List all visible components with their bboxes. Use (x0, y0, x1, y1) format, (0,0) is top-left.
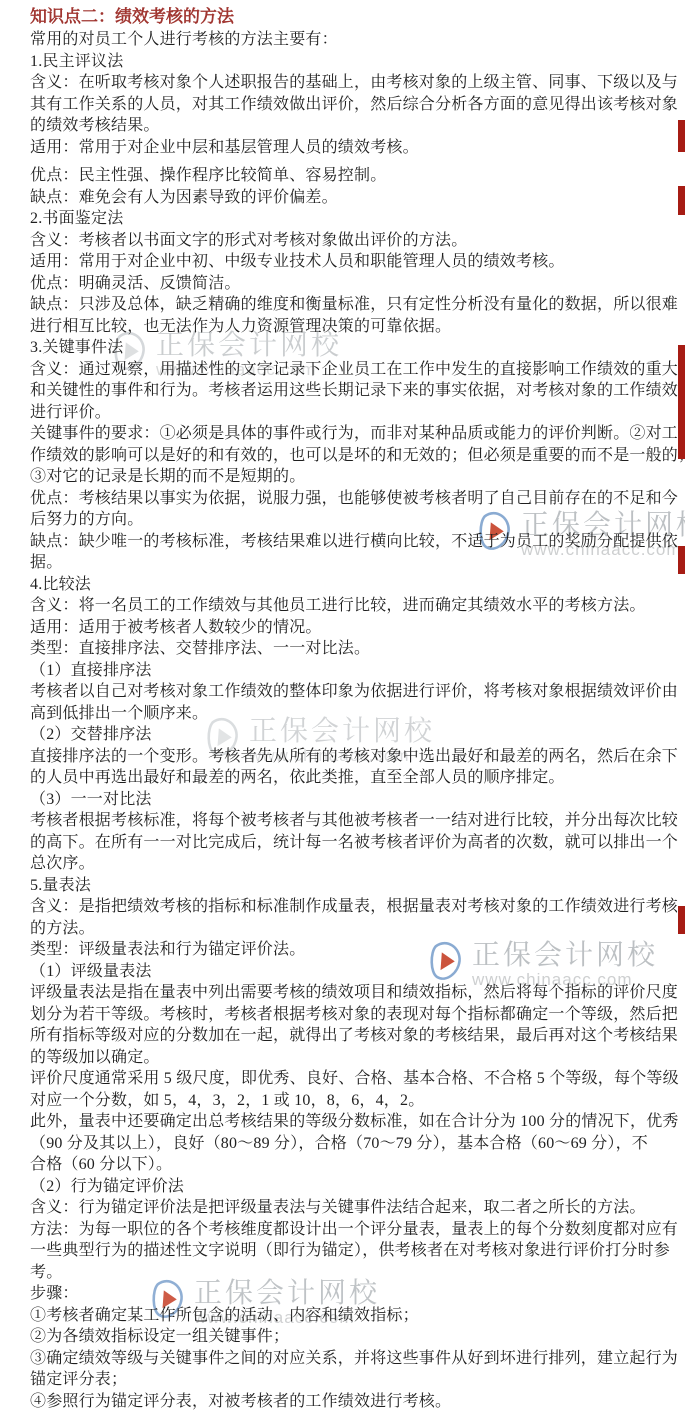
text-line: 缺点：只涉及总体，缺乏精确的维度和衡量标准，只有定性分析没有量化的数据，所以很难 (30, 294, 677, 316)
text-line: 步骤： (30, 1283, 677, 1305)
text-line: 含义：在听取考核对象个人述职报告的基础上，由考核对象的上级主管、同事、下级以及与 (30, 72, 677, 94)
text-line: 的方法。 (30, 918, 677, 940)
margin-highlight-bar (678, 546, 685, 574)
text-line: 关键事件的要求：①必须是具体的事件或行为，而非对某种品质或能力的评价判断。②对工 (30, 423, 677, 445)
text-line: 后努力的方向。 (30, 509, 677, 531)
text-line: （3）一一对比法 (30, 789, 677, 811)
text-line: 的等级加以确定。 (30, 1047, 677, 1069)
text-line: 4.比较法 (30, 574, 677, 596)
text-line: 优点：考核结果以事实为依据，说服力强，也能够使被考核者明了自己目前存在的不足和今 (30, 488, 677, 510)
text-line: 优点：明确灵活、反馈简洁。 (30, 273, 677, 295)
text-line: 2.书面鉴定法 (30, 208, 677, 230)
text-line: 此外，量表中还要确定出总考核结果的等级分数标准，如在合计分为 100 分的情况下… (30, 1111, 677, 1133)
text-line: 的高下。在所有一一对比完成后，统计每一名被考核者评价为高者的次数，就可以排出一个 (30, 832, 677, 854)
text-line: （1）评级量表法 (30, 961, 677, 983)
text-line: 作绩效的影响可以是好的和有效的，也可以是坏的和无效的；但必须是重要的而不是一般的… (30, 445, 677, 467)
text-line: （2）交替排序法 (30, 724, 677, 746)
text-line: 和关键性的事件和行为。考核者运用这些长期记录下来的事实依据，对考核对象的工作绩效 (30, 380, 677, 402)
text-line: 考。 (30, 1262, 677, 1284)
text-line: 适用：适用于被考核者人数较少的情况。 (30, 617, 677, 639)
margin-highlight-bar (678, 345, 685, 459)
text-line: 直接排序法的一个变形。考核者先从所有的考核对象中选出最好和最差的两名，然后在余下 (30, 746, 677, 768)
text-line: 类型：直接排序法、交替排序法、一一对比法。 (30, 638, 677, 660)
margin-highlight-bar (678, 906, 685, 934)
text-line: 常用的对员工个人进行考核的方法主要有： (30, 29, 677, 51)
page-title: 知识点二：绩效考核的方法 (30, 5, 677, 29)
text-line: 划分为若干等级。考核时，考核者根据考核对象的表现对每个指标都确定一个等级，然后把 (30, 1004, 677, 1026)
text-line: 评价尺度通常采用 5 级尺度，即优秀、良好、合格、基本合格、不合格 5 个等级，… (30, 1068, 677, 1090)
text-line: 其有工作关系的人员，对其工作绩效做出评价，然后综合分析各方面的意见得出该考核对象 (30, 94, 677, 116)
document-body: 知识点二：绩效考核的方法 常用的对员工个人进行考核的方法主要有：1.民主评议法含… (30, 5, 677, 1412)
text-line: 的绩效考核结果。 (30, 115, 677, 137)
text-line: 含义：行为锚定评价法是把评级量表法与关键事件法结合起来，取二者之所长的方法。 (30, 1197, 677, 1219)
text-line: 总次序。 (30, 853, 677, 875)
text-line: 缺点：难免会有人为因素导致的评价偏差。 (30, 187, 677, 209)
text-line: 进行评价。 (30, 402, 677, 424)
text-line: 所有指标等级对应的分数加在一起，就得出了考核对象的考核结果，最后再对这个考核结果 (30, 1025, 677, 1047)
text-line: 评级量表法是指在量表中列出需要考核的绩效项目和绩效指标，然后将每个指标的评价尺度 (30, 982, 677, 1004)
text-line: 1.民主评议法 (30, 51, 677, 73)
text-line: 优点：民主性强、操作程序比较简单、容易控制。 (30, 165, 677, 187)
text-line: 含义：通过观察，用描述性的文字记录下企业员工在工作中发生的直接影响工作绩效的重大 (30, 359, 677, 381)
text-line: ②为各绩效指标设定一组关键事件； (30, 1326, 677, 1348)
text-line: 考核者以自己对考核对象工作绩效的整体印象为依据进行评价，将考核对象根据绩效评价由 (30, 681, 677, 703)
text-line: 缺点：缺少唯一的考核标准，考核结果难以进行横向比较，不适于为员工的奖励分配提供依 (30, 531, 677, 553)
text-line: 考核者根据考核标准，将每个被考核者与其他被考核者一一结对进行比较，并分出每次比较 (30, 810, 677, 832)
document-page: 知识点二：绩效考核的方法 常用的对员工个人进行考核的方法主要有：1.民主评议法含… (0, 0, 685, 1416)
text-line: 含义：将一名员工的工作绩效与其他员工进行比较，进而确定其绩效水平的考核方法。 (30, 595, 677, 617)
text-line: 一些典型行为的描述性文字说明（即行为锚定），供考核者在对考核对象进行评价打分时参 (30, 1240, 677, 1262)
text-line: ④参照行为锚定评分表，对被考核者的工作绩效进行考核。 (30, 1391, 677, 1413)
text-line: ③对它的记录是长期的而不是短期的。 (30, 466, 677, 488)
text-line: 的人员中再选出最好和最差的两名，依此类推，直至全部人员的顺序排定。 (30, 767, 677, 789)
text-line: 高到低排出一个顺序来。 (30, 703, 677, 725)
text-line: 进行相互比较，也无法作为人力资源管理决策的可靠依据。 (30, 316, 677, 338)
text-line: 对应一个分数，如 5，4，3，2，1 或 10，8，6，4，2。 (30, 1090, 677, 1112)
text-line: 方法：为每一职位的各个考核维度都设计出一个评分量表，量表上的每个分数刻度都对应有 (30, 1219, 677, 1241)
text-line: 5.量表法 (30, 875, 677, 897)
text-line: 3.关键事件法 (30, 337, 677, 359)
margin-highlight-bar (678, 186, 685, 215)
text-line: （2）行为锚定评价法 (30, 1176, 677, 1198)
text-line: 含义：是指把绩效考核的指标和标准制作成量表，根据量表对考核对象的工作绩效进行考核 (30, 896, 677, 918)
margin-highlight-bar (678, 120, 685, 152)
text-line: （1）直接排序法 (30, 660, 677, 682)
text-line: 类型：评级量表法和行为锚定评价法。 (30, 939, 677, 961)
text-line: 适用：常用于对企业中层和基层管理人员的绩效考核。 (30, 137, 677, 159)
text-line: （90 分及其以上），良好（80～89 分），合格（70～79 分），基本合格（… (30, 1133, 677, 1155)
text-line: 适用：常用于对企业中初、中级专业技术人员和职能管理人员的绩效考核。 (30, 251, 677, 273)
text-line: 锚定评分表； (30, 1369, 677, 1391)
text-line: ①考核者确定某工作所包含的活动、内容和绩效指标； (30, 1305, 677, 1327)
text-line: 合格（60 分以下）。 (30, 1154, 677, 1176)
text-line: 含义：考核者以书面文字的形式对考核对象做出评价的方法。 (30, 230, 677, 252)
text-line: ③确定绩效等级与关键事件之间的对应关系，并将这些事件从好到坏进行排列，建立起行为 (30, 1348, 677, 1370)
text-line: 据。 (30, 552, 677, 574)
